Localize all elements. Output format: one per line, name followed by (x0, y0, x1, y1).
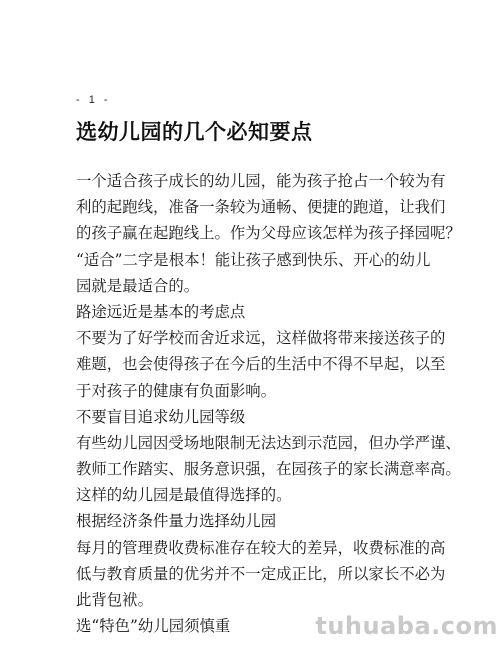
body-line: 不要为了好学校而舍近求远，这样做将带来接送孩子的 (76, 325, 486, 351)
body-line: 这样的幼儿园是最值得选择的。 (76, 482, 486, 508)
page-number: - 1 - (76, 94, 111, 106)
body-line: 教师工作踏实、服务意识强，在园孩子的家长满意率高。 (76, 456, 486, 482)
body-line: 有些幼儿园因受场地限制无法达到示范园，但办学严谨、 (76, 430, 486, 456)
section-heading: 路途远近是基本的考虑点 (76, 299, 486, 325)
body-line: 每月的管理费收费标准存在较大的差异，收费标准的高 (76, 535, 486, 561)
body-line: 的孩子赢在起跑线上。作为父母应该怎样为孩子择园呢？ (76, 220, 486, 246)
body-line: 此背包袱。 (76, 587, 486, 613)
body-line: “适合”二字是根本！能让孩子感到快乐、开心的幼儿 (76, 247, 486, 273)
body-line: 一个适合孩子成长的幼儿园，能为孩子抢占一个较为有 (76, 168, 486, 194)
body-line: 园就是最适合的。 (76, 273, 486, 299)
body-line: 难题，也会使得孩子在今后的生活中不得不早起，以至 (76, 351, 486, 377)
body-line: 利的起跑线，准备一条较为通畅、便捷的跑道，让我们 (76, 194, 486, 220)
section-heading: 不要盲目追求幼儿园等级 (76, 404, 486, 430)
section-heading: 根据经济条件量力选择幼儿园 (76, 508, 486, 534)
body-line: 低与教育质量的优劣并不一定成正比，所以家长不必为 (76, 561, 486, 587)
page-title: 选幼儿园的几个必知要点 (76, 116, 313, 146)
document-body: 一个适合孩子成长的幼儿园，能为孩子抢占一个较为有 利的起跑线，准备一条较为通畅、… (76, 168, 486, 639)
body-line: 于对孩子的健康有负面影响。 (76, 378, 486, 404)
watermark: tuhuaba.com (315, 612, 498, 640)
